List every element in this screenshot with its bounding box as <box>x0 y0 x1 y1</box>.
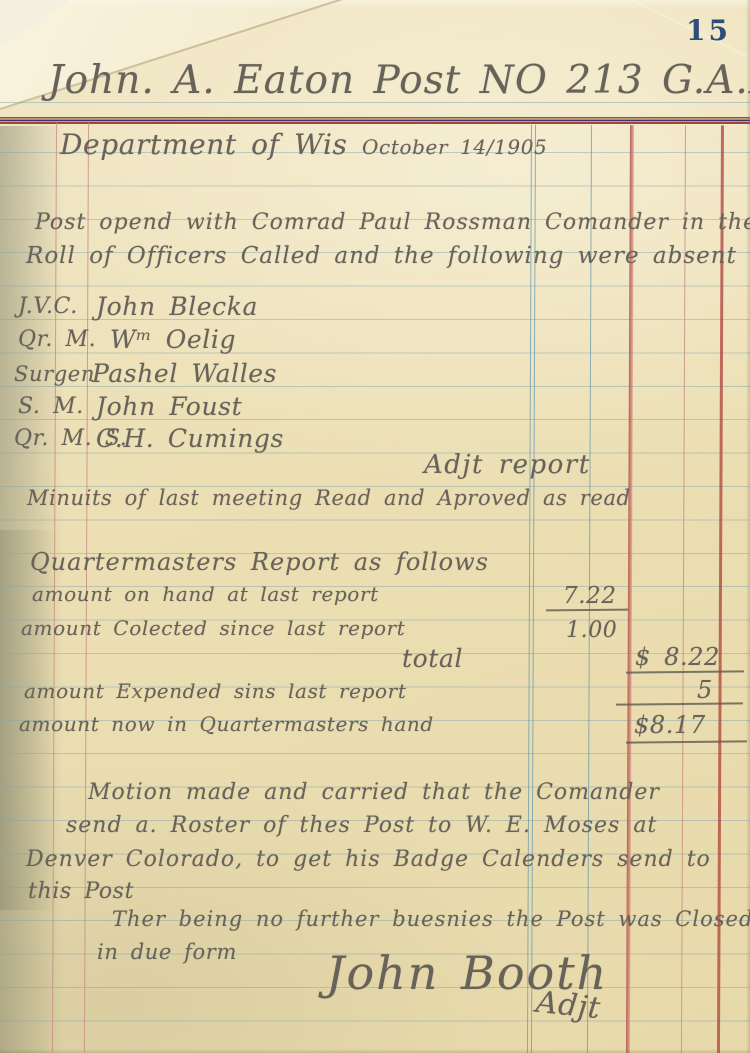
closing-line: Ther being no further buesnies the Post … <box>112 907 750 931</box>
adjt-report-note: Adjt report <box>424 450 591 480</box>
motion-line: Motion made and carried that the Comande… <box>88 780 660 805</box>
qm-row-label: amount on hand at last report <box>32 582 379 606</box>
closing-line: in due form <box>97 940 237 964</box>
department-name: Department of Wis <box>60 128 348 161</box>
motion-line: this Post <box>28 879 134 904</box>
qm-row-amount: $8.17 <box>634 711 706 739</box>
officer-office: Qr. M. <box>18 327 96 352</box>
officer-office: Surgen <box>14 362 95 386</box>
qm-row-label: total <box>402 644 463 673</box>
qm-row-label: amount now in Quartermasters hand <box>19 712 434 736</box>
officer-name: John Blecka <box>96 292 258 321</box>
qm-row-amount: $ 8.22 <box>635 643 720 671</box>
officer-name: John Foust <box>96 392 242 421</box>
page-bottom-edge <box>0 1049 750 1053</box>
qm-row-label: amount Colected since last report <box>21 616 405 640</box>
qm-row-amount: 1.00 <box>566 618 617 643</box>
meeting-date: October 14/1905 <box>362 135 547 159</box>
page-number: 15 <box>686 14 731 47</box>
post-title: John. A. Eaton Post NO 213 G.A.R <box>48 58 750 103</box>
qm-row-amount: 7.22 <box>563 583 617 609</box>
motion-line: Denver Colorado, to get his Badge Calend… <box>26 847 711 872</box>
qm-row-label: amount Expended sins last report <box>24 679 406 703</box>
officer-name: Pashel Walles <box>92 359 277 388</box>
signature-title: Adjt <box>534 985 602 1027</box>
motion-line: send a. Roster of thes Post to W. E. Mos… <box>66 813 657 838</box>
officer-name: C.H. Cumings <box>96 424 284 453</box>
ledger-page: 15 John. A. Eaton Post NO 213 G.A.R Depa… <box>0 0 750 1053</box>
officer-name: Wᵐ Oelig <box>110 325 236 354</box>
officer-office: S. M. <box>18 394 84 419</box>
minutes-approved-line: Minuits of last meeting Read and Aproved… <box>27 486 631 510</box>
qm-report-heading: Quartermasters Report as follows <box>30 548 489 576</box>
qm-row-amount: 5 <box>697 676 713 704</box>
officer-office: J.V.C. <box>18 294 78 319</box>
minutes-opening-line: Post opend with Comrad Paul Rossman Coma… <box>35 210 750 235</box>
page-right-edge <box>746 0 750 1053</box>
minutes-opening-line: Roll of Officers Called and the followin… <box>26 243 750 269</box>
department-line: Department of Wis October 14/1905 <box>60 128 547 161</box>
